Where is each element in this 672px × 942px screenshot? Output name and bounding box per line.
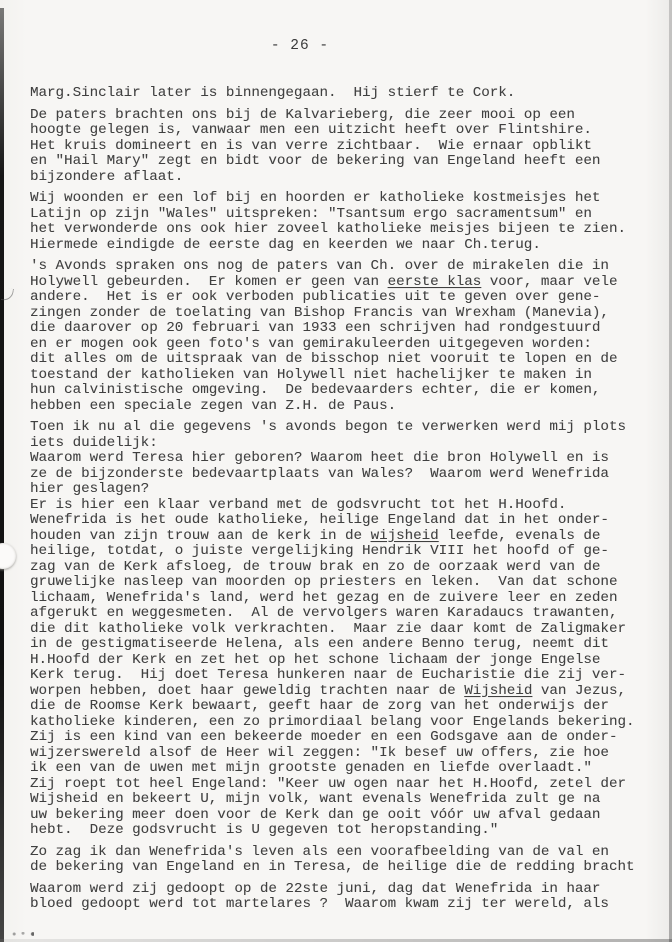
scan-specks xyxy=(12,932,34,936)
page-number: - 26 - xyxy=(0,38,600,54)
paragraph: Marg.Sinclair later is binnengegaan. Hij… xyxy=(30,86,664,102)
scan-hole-punch xyxy=(0,543,16,569)
document-body: Marg.Sinclair later is binnengegaan. Hij… xyxy=(30,86,664,919)
scan-edge-left xyxy=(0,8,4,942)
scanned-document-page: - 26 - Marg.Sinclair later is binnengega… xyxy=(0,0,672,942)
paragraph: Toen ik nu al die gegevens 's avonds beg… xyxy=(30,420,664,839)
paragraph: Wij woonden er een lof bij en hoorden er… xyxy=(30,191,664,253)
scan-pen-mark xyxy=(1,287,14,302)
paragraph: Waarom werd zij gedoopt op de 22ste juni… xyxy=(30,882,664,913)
paragraph: Zo zag ik dan Wenefrida's leven als een … xyxy=(30,845,664,876)
paragraph: De paters brachten ons bij de Kalvariebe… xyxy=(30,108,664,186)
paragraph: 's Avonds spraken ons nog de paters van … xyxy=(30,259,664,414)
